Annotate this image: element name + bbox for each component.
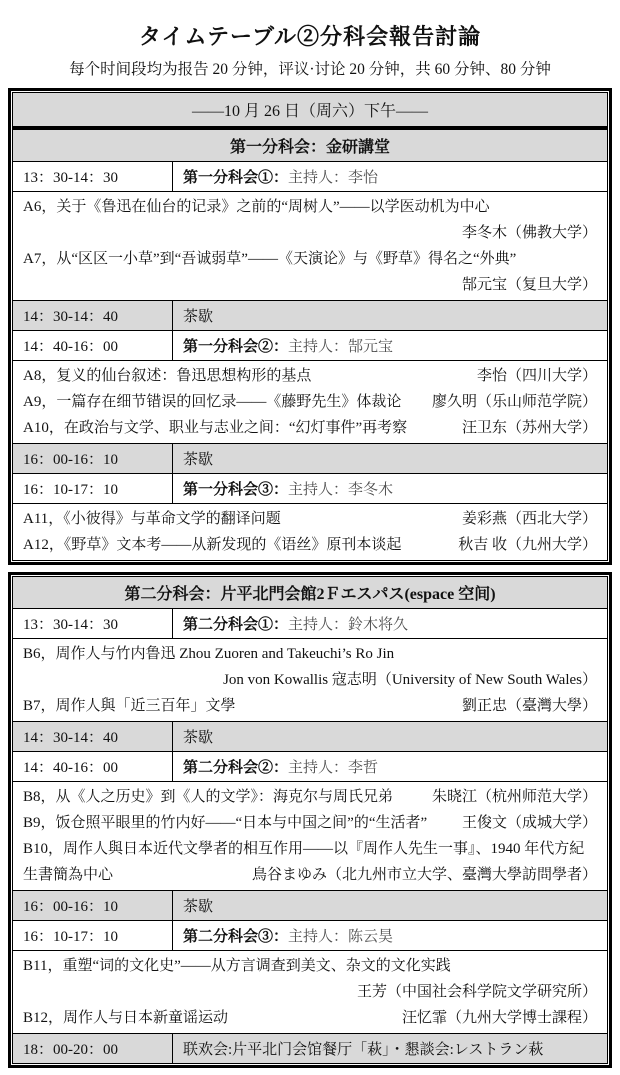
papers-b11-b12: B11，重塑“词的文化史”——从方言调查到美文、杂文的文化实践 王芳（中国社会科… bbox=[13, 951, 607, 1034]
session-chair: 主持人：郜元宝 bbox=[288, 339, 393, 355]
session1-row: 13：30-14：30 第一分科会①：主持人：李怡 bbox=[13, 162, 607, 192]
paper-title: A7，从“区区一小草”到“吾诚弱草”——《天演论》与《野草》得名之“外典” bbox=[23, 246, 516, 272]
document: タイムテーブル②分科会報告討論 每个时间段均为报告 20 分钟，评议·讨论 20… bbox=[0, 0, 620, 1068]
tea-label: 茶歇 bbox=[173, 722, 607, 751]
paper-title: B9，饭仓照平眼里的竹内好——“日本与中国之间”的“生活者” bbox=[23, 810, 427, 836]
paper-author: 李冬木（佛教大学） bbox=[462, 220, 597, 246]
paper-title: B7，周作人與「近三百年」文學 bbox=[23, 693, 236, 719]
time-cell: 14：30-14：40 bbox=[13, 722, 173, 751]
papers-a11-a12: A11，《小彼得》与革命文学的翻译问题姜彩燕（西北大学） A12，《野草》文本考… bbox=[13, 504, 607, 560]
time-cell: 14：30-14：40 bbox=[13, 301, 173, 330]
session3-row: 16：10-17：10 第二分科会③：主持人：陈云昊 bbox=[13, 921, 607, 951]
tea-label: 茶歇 bbox=[173, 444, 607, 473]
tea-break-row: 14：30-14：40 茶歇 bbox=[13, 301, 607, 331]
paper-author: Jon von Kowallis 寇志明（University of New S… bbox=[223, 667, 597, 693]
session-label: 第一分科会③： bbox=[183, 482, 288, 498]
session-label: 第二分科会②： bbox=[183, 760, 288, 776]
session-label: 第二分科会①： bbox=[183, 617, 288, 633]
banquet-row: 18：00-20：00 联欢会:片平北门会馆餐厅「萩」・懇談会:レストラン萩 bbox=[13, 1034, 607, 1063]
paper-title: A9，一篇存在细节错误的回忆录——《藤野先生》体裁论 bbox=[23, 389, 401, 415]
time-cell: 13：30-14：30 bbox=[13, 609, 173, 638]
time-cell: 13：30-14：30 bbox=[13, 162, 173, 191]
paper-title: A6，关于《鲁迅在仙台的记录》之前的“周树人”——以学医动机为中心 bbox=[23, 194, 490, 220]
papers-a8-a10: A8，复义的仙台叙述：鲁迅思想构形的基点李怡（四川大学） A9，一篇存在细节错误… bbox=[13, 361, 607, 444]
paper-title: B8，从《人之历史》到《人的文学》：海克尔与周氏兄弟 bbox=[23, 784, 393, 810]
section2-header: 第二分科会：片平北門会館2Ｆエスパス(espace 空间) bbox=[13, 577, 607, 609]
tea-break-row: 16：00-16：10 茶歇 bbox=[13, 444, 607, 474]
paper-title: B11，重塑“词的文化史”——从方言调查到美文、杂文的文化实践 bbox=[23, 953, 451, 979]
tea-label: 茶歇 bbox=[173, 301, 607, 330]
session3-row: 16：10-17：10 第一分科会③：主持人：李冬木 bbox=[13, 474, 607, 504]
paper-title: B10，周作人與日本近代文學者的相互作用——以『周作人先生一事』、1940 年代… bbox=[23, 836, 584, 862]
session1-row: 13：30-14：30 第二分科会①：主持人：鈴木将久 bbox=[13, 609, 607, 639]
session2-row: 14：40-16：00 第二分科会②：主持人：李哲 bbox=[13, 752, 607, 782]
tea-label: 茶歇 bbox=[173, 891, 607, 920]
paper-title: A12，《野草》文本考——从新发现的《语丝》原刊本谈起 bbox=[23, 532, 401, 558]
time-cell: 14：40-16：00 bbox=[13, 331, 173, 360]
page-title: タイムテーブル②分科会報告討論 bbox=[0, 0, 620, 55]
time-cell: 16：10-17：10 bbox=[13, 474, 173, 503]
paper-title: A8，复义的仙台叙述：鲁迅思想构形的基点 bbox=[23, 363, 311, 389]
paper-author: 秋吉 收（九州大学） bbox=[458, 532, 597, 558]
paper-title-continued: 生書簡為中心 bbox=[23, 862, 113, 888]
papers-a6-a7: A6，关于《鲁迅在仙台的记录》之前的“周树人”——以学医动机为中心 李冬木（佛教… bbox=[13, 192, 607, 301]
paper-author: 汪忆霏（九州大学博士課程） bbox=[402, 1005, 597, 1031]
session-cell: 第一分科会③：主持人：李冬木 bbox=[173, 474, 607, 503]
paper-title: A11，《小彼得》与革命文学的翻译问题 bbox=[23, 506, 281, 532]
paper-author: 汪卫东（苏州大学） bbox=[462, 415, 597, 441]
paper-title: B6，周作人与竹内鲁迅 Zhou Zuoren and Takeuchi’s R… bbox=[23, 641, 394, 667]
section2-table: 第二分科会：片平北門会館2Ｆエスパス(espace 空间) 13：30-14：3… bbox=[8, 572, 612, 1068]
paper-author: 朱晓江（杭州师范大学） bbox=[432, 784, 597, 810]
time-cell: 14：40-16：00 bbox=[13, 752, 173, 781]
banquet-label: 联欢会:片平北门会馆餐厅「萩」・懇談会:レストラン萩 bbox=[173, 1034, 607, 1063]
time-cell: 16：00-16：10 bbox=[13, 444, 173, 473]
session-chair: 主持人：李冬木 bbox=[288, 482, 393, 498]
session-chair: 主持人：李怡 bbox=[288, 170, 378, 186]
paper-author: 廖久明（乐山师范学院） bbox=[432, 389, 597, 415]
time-cell: 16：10-17：10 bbox=[13, 921, 173, 950]
session-label: 第二分科会③： bbox=[183, 929, 288, 945]
session-cell: 第一分科会①：主持人：李怡 bbox=[173, 162, 607, 191]
tea-break-row: 14：30-14：40 茶歇 bbox=[13, 722, 607, 752]
section1-table: ——10 月 26 日（周六）下午—— 第一分科会：金研講堂 13：30-14：… bbox=[8, 88, 612, 565]
date-header: ——10 月 26 日（周六）下午—— bbox=[13, 93, 607, 126]
session-label: 第一分科会②： bbox=[183, 339, 288, 355]
papers-b6-b7: B6，周作人与竹内鲁迅 Zhou Zuoren and Takeuchi’s R… bbox=[13, 639, 607, 722]
paper-author: 王芳（中国社会科学院文学研究所） bbox=[357, 979, 597, 1005]
paper-author: 郜元宝（复旦大学） bbox=[462, 272, 597, 298]
session-cell: 第二分科会③：主持人：陈云昊 bbox=[173, 921, 607, 950]
paper-author: 劉正忠（臺灣大學） bbox=[462, 693, 597, 719]
session-chair: 主持人：鈴木将久 bbox=[288, 617, 408, 633]
session-label: 第一分科会①： bbox=[183, 170, 288, 186]
paper-author: 王俊文（成城大学） bbox=[462, 810, 597, 836]
paper-title: B12，周作人与日本新童谣运动 bbox=[23, 1005, 228, 1031]
section1-header: 第一分科会：金研講堂 bbox=[13, 130, 607, 162]
time-cell: 16：00-16：10 bbox=[13, 891, 173, 920]
paper-author: 姜彩燕（西北大学） bbox=[462, 506, 597, 532]
paper-author: 李怡（四川大学） bbox=[477, 363, 597, 389]
paper-title: A10，在政治与文学、职业与志业之间：“幻灯事件”再考察 bbox=[23, 415, 407, 441]
session-chair: 主持人：陈云昊 bbox=[288, 929, 393, 945]
paper-author: 鳥谷まゆみ（北九州市立大学、臺灣大學訪問學者） bbox=[252, 862, 597, 888]
session2-row: 14：40-16：00 第一分科会②：主持人：郜元宝 bbox=[13, 331, 607, 361]
page-subtitle: 每个时间段均为报告 20 分钟，评议·讨论 20 分钟，共 60 分钟、80 分… bbox=[0, 55, 620, 88]
session-cell: 第二分科会②：主持人：李哲 bbox=[173, 752, 607, 781]
session-cell: 第二分科会①：主持人：鈴木将久 bbox=[173, 609, 607, 638]
tea-break-row: 16：00-16：10 茶歇 bbox=[13, 891, 607, 921]
session-cell: 第一分科会②：主持人：郜元宝 bbox=[173, 331, 607, 360]
papers-b8-b10: B8，从《人之历史》到《人的文学》：海克尔与周氏兄弟朱晓江（杭州师范大学） B9… bbox=[13, 782, 607, 891]
session-chair: 主持人：李哲 bbox=[288, 760, 378, 776]
time-cell: 18：00-20：00 bbox=[13, 1034, 173, 1063]
